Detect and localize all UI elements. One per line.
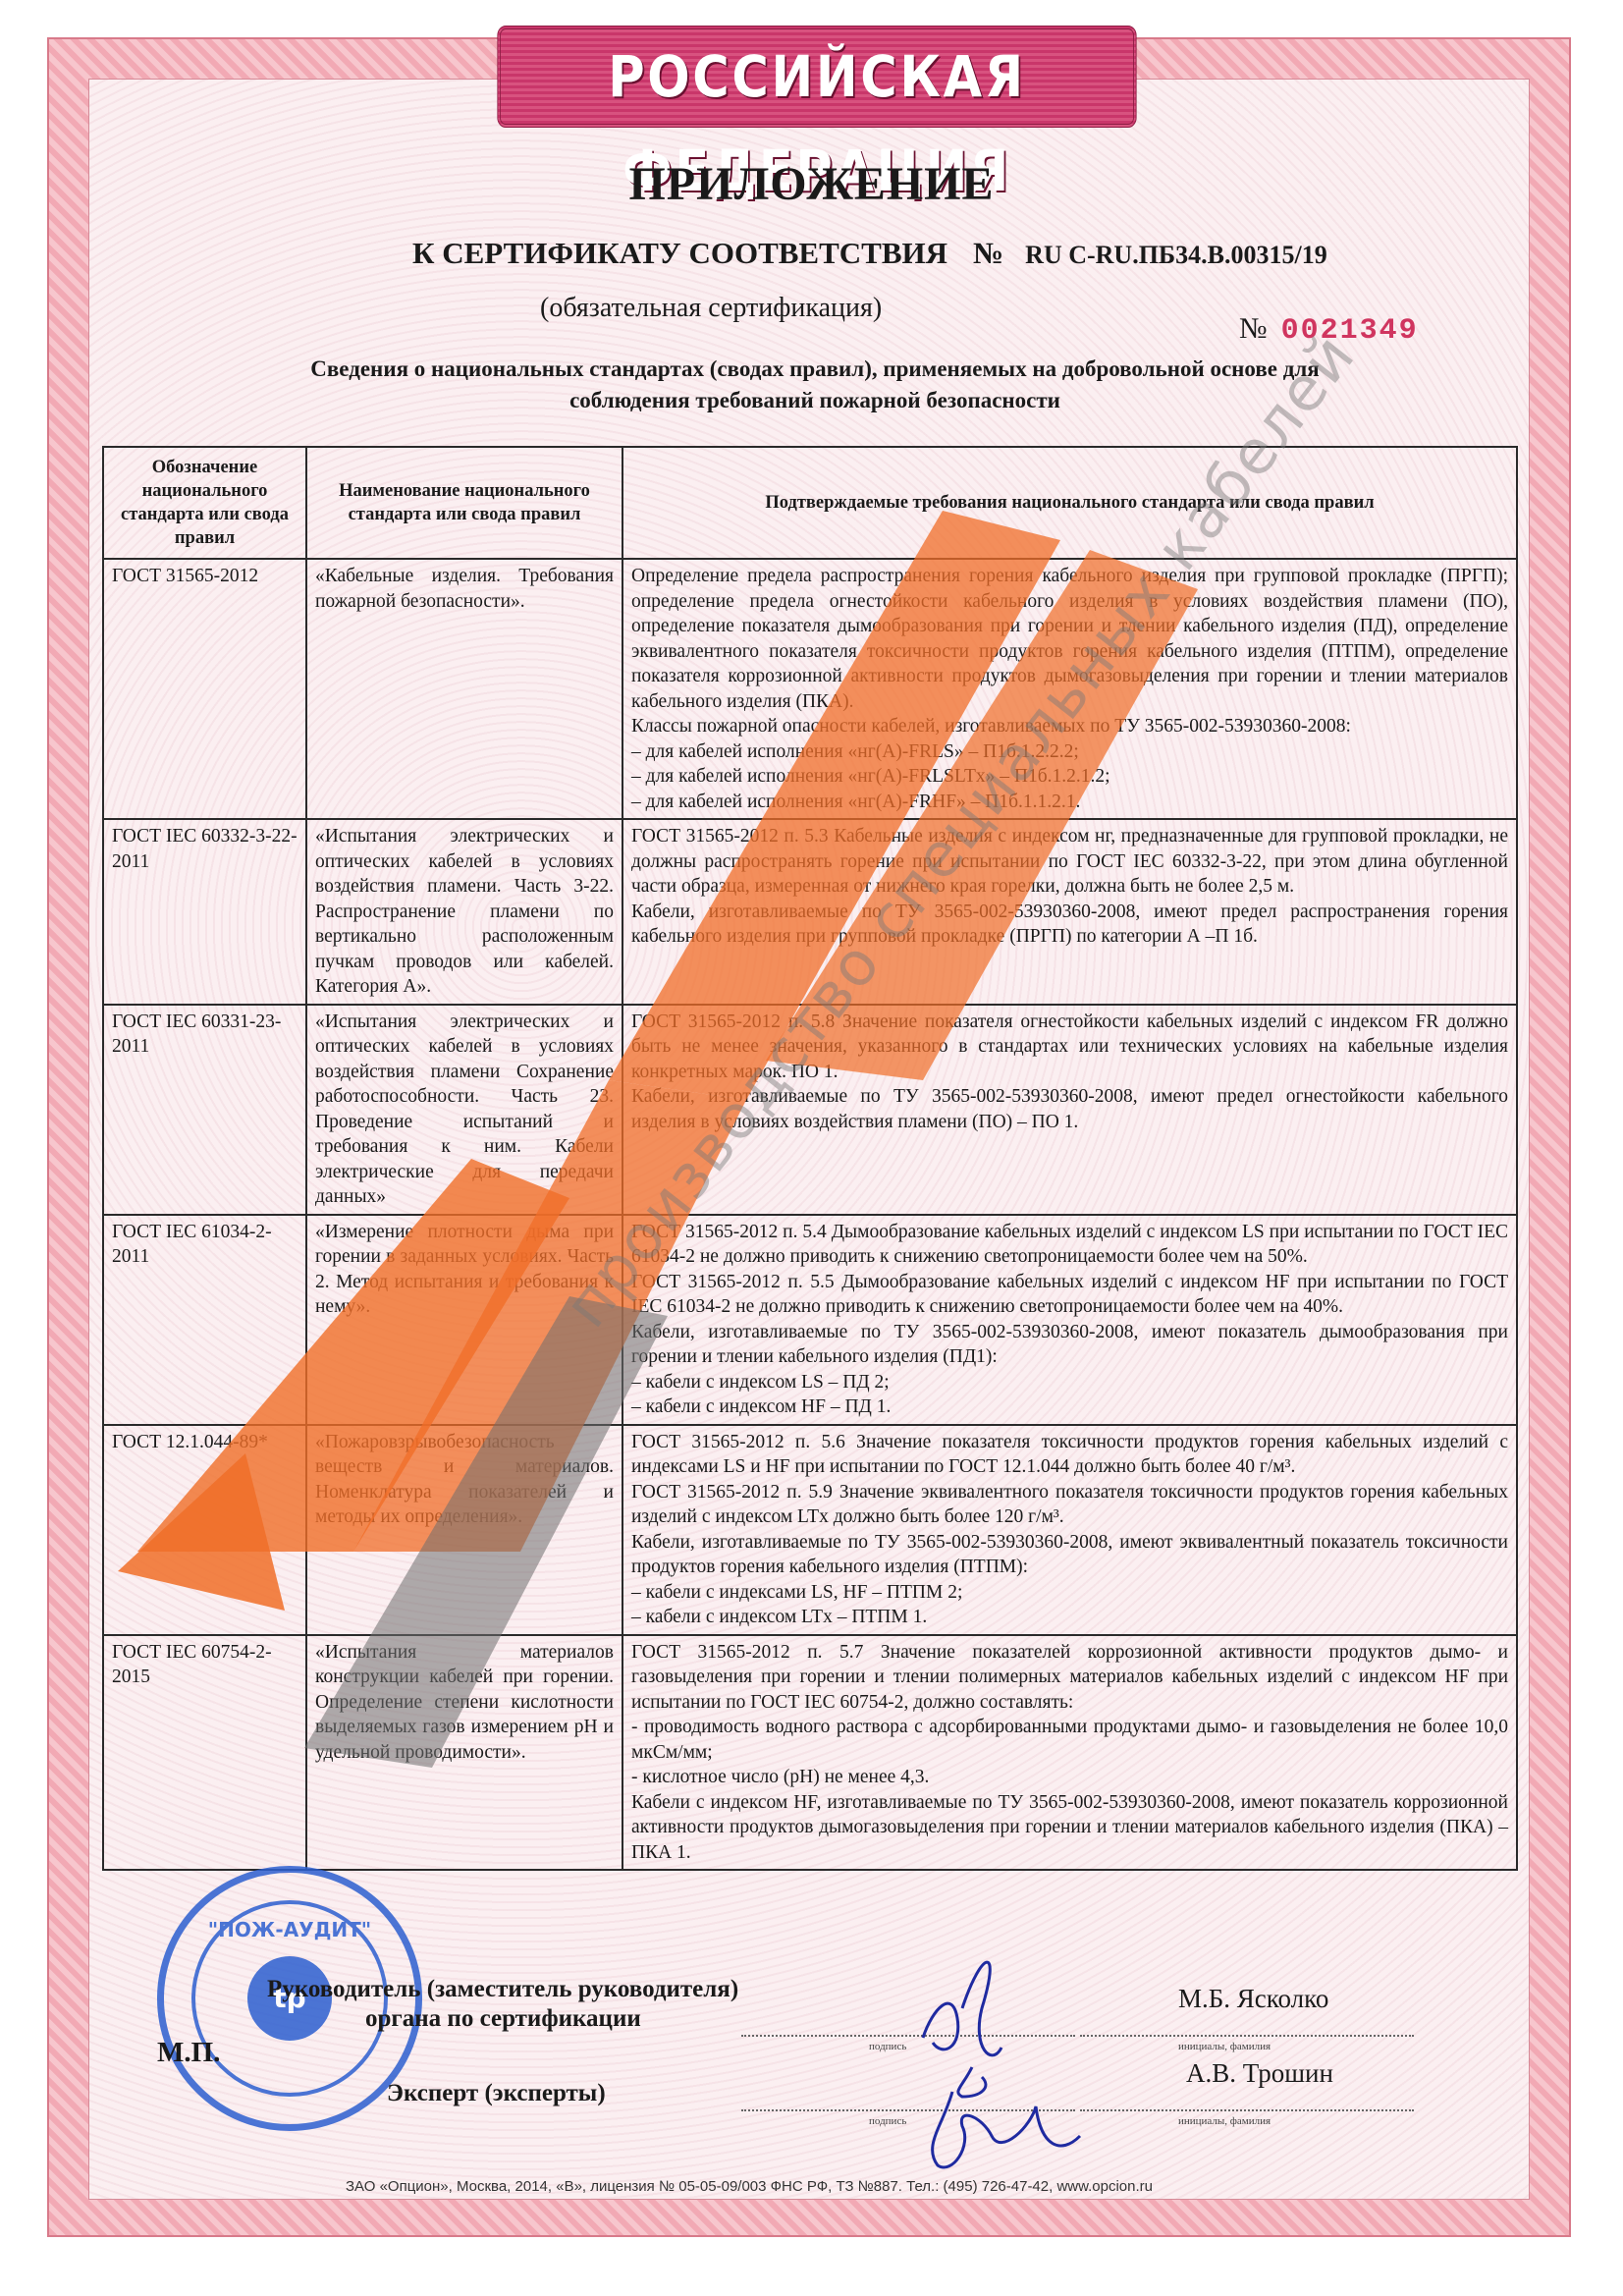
requirement-paragraph: Кабели, изготавливаемые по ТУ 3565-002-5… (631, 1320, 1508, 1370)
certificate-prefix: К СЕРТИФИКАТУ СООТВЕТСТВИЯ (412, 236, 947, 270)
expert-name: А.В. Трошин (1186, 2058, 1333, 2089)
table-row: ГОСТ IEC 60754-2-2015«Испытания материал… (103, 1635, 1517, 1871)
page-title: ПРИЛОЖЕНИЕ (0, 157, 1623, 211)
standard-requirements: ГОСТ 31565-2012 п. 5.6 Значение показате… (622, 1425, 1517, 1635)
column-header-code: Обозначение национального стандарта или … (103, 447, 306, 559)
certification-type: (обязательная сертификация) (540, 293, 882, 324)
column-header-name: Наименование национального стандарта или… (306, 447, 622, 559)
standard-requirements: ГОСТ 31565-2012 п. 5.4 Дымообразование к… (622, 1215, 1517, 1425)
standard-code: ГОСТ 31565-2012 (103, 559, 306, 819)
subtitle-line-1: Сведения о национальных стандартах (свод… (177, 354, 1453, 385)
expert-name-caption: инициалы, фамилия (1178, 2115, 1271, 2127)
head-name-line (1080, 2035, 1414, 2037)
requirement-paragraph: ГОСТ 31565-2012 п. 5.4 Дымообразование к… (631, 1220, 1508, 1270)
standard-name: «Пожаровзрывобезопасность веществ и мате… (306, 1425, 622, 1635)
standard-name: «Измерение плотности дыма при горении в … (306, 1215, 622, 1425)
requirement-paragraph: – кабели с индексом HF – ПД 1. (631, 1394, 1508, 1420)
standard-name: «Испытания электрических и оптических ка… (306, 819, 622, 1005)
requirement-paragraph: – кабели с индексом LS – ПД 2; (631, 1370, 1508, 1395)
head-name: М.Б. Ясколко (1178, 1984, 1328, 2014)
requirement-paragraph: - проводимость водного раствора с адсорб… (631, 1715, 1508, 1765)
standard-code: ГОСТ IEC 60754-2-2015 (103, 1635, 306, 1871)
requirement-paragraph: ГОСТ 31565-2012 п. 5.6 Значение показате… (631, 1430, 1508, 1480)
requirement-paragraph: Кабели, изготавливаемые по ТУ 3565-002-5… (631, 900, 1508, 950)
requirement-paragraph: – для кабелей исполнения «нг(А)-FRHF» – … (631, 790, 1508, 815)
requirement-paragraph: - кислотное число (pH) не менее 4,3. (631, 1765, 1508, 1790)
handwritten-signature-icon (864, 1949, 1119, 2185)
table-row: ГОСТ 31565-2012«Кабельные изделия. Требо… (103, 559, 1517, 819)
requirement-paragraph: – для кабелей исполнения «нг(А)-FRLSLTx»… (631, 764, 1508, 790)
standard-requirements: ГОСТ 31565-2012 п. 5.3 Кабельные изделия… (622, 819, 1517, 1005)
certificate-reference: К СЕРТИФИКАТУ СООТВЕТСТВИЯ№RU C-RU.ПБ34.… (412, 236, 1327, 271)
standard-code: ГОСТ 12.1.044-89* (103, 1425, 306, 1635)
head-name-caption: инициалы, фамилия (1178, 2041, 1271, 2052)
requirement-paragraph: – кабели с индексом LTx – ПТПМ 1. (631, 1605, 1508, 1630)
column-header-requirements: Подтверждаемые требования национального … (622, 447, 1517, 559)
table-header-row: Обозначение национального стандарта или … (103, 447, 1517, 559)
stamp-title: "ПОЖ-АУДИТ" (164, 1918, 415, 1941)
standard-name: «Испытания электрических и оптических ка… (306, 1005, 622, 1215)
standard-name: «Кабельные изделия. Требования пожарной … (306, 559, 622, 819)
requirement-paragraph: ГОСТ 31565-2012 п. 5.5 Дымообразование к… (631, 1270, 1508, 1320)
standards-table: Обозначение национального стандарта или … (102, 446, 1518, 1871)
stamp-place-label: М.П. (157, 2037, 220, 2069)
requirement-paragraph: ГОСТ 31565-2012 п. 5.9 Значение эквивале… (631, 1480, 1508, 1530)
printer-imprint: ЗАО «Опцион», Москва, 2014, «В», лицензи… (346, 2178, 1153, 2195)
standard-code: ГОСТ IEC 60332-3-22-2011 (103, 819, 306, 1005)
country-banner: РОССИЙСКАЯ ФЕДЕРАЦИЯ (497, 26, 1136, 128)
expert-label: Эксперт (эксперты) (387, 2080, 606, 2107)
requirement-paragraph: Кабели, изготавливаемые по ТУ 3565-002-5… (631, 1530, 1508, 1580)
requirement-paragraph: ГОСТ 31565-2012 п. 5.7 Значение показате… (631, 1640, 1508, 1716)
table-row: ГОСТ 12.1.044-89*«Пожаровзрывобезопаснос… (103, 1425, 1517, 1635)
serial-sign: № (1239, 312, 1268, 345)
standard-code: ГОСТ IEC 61034-2-2011 (103, 1215, 306, 1425)
table-row: ГОСТ IEC 61034-2-2011«Измерение плотност… (103, 1215, 1517, 1425)
head-label-line1: Руководитель (заместитель руководителя) (267, 1976, 738, 2003)
head-label-line2: органа по сертификации (365, 2005, 641, 2033)
number-sign: № (973, 236, 1003, 270)
certificate-number: RU C-RU.ПБ34.В.00315/19 (1025, 241, 1327, 269)
standard-requirements: ГОСТ 31565-2012 п. 5.7 Значение показате… (622, 1635, 1517, 1871)
requirement-paragraph: – кабели с индексами LS, HF – ПТПМ 2; (631, 1580, 1508, 1606)
requirement-paragraph: ГОСТ 31565-2012 п. 5.3 Кабельные изделия… (631, 824, 1508, 900)
standard-code: ГОСТ IEC 60331-23-2011 (103, 1005, 306, 1215)
requirement-paragraph: Кабели с индексом HF, изготавливаемые по… (631, 1790, 1508, 1866)
standard-name: «Испытания материалов конструкции кабеле… (306, 1635, 622, 1871)
expert-name-line (1080, 2109, 1414, 2111)
